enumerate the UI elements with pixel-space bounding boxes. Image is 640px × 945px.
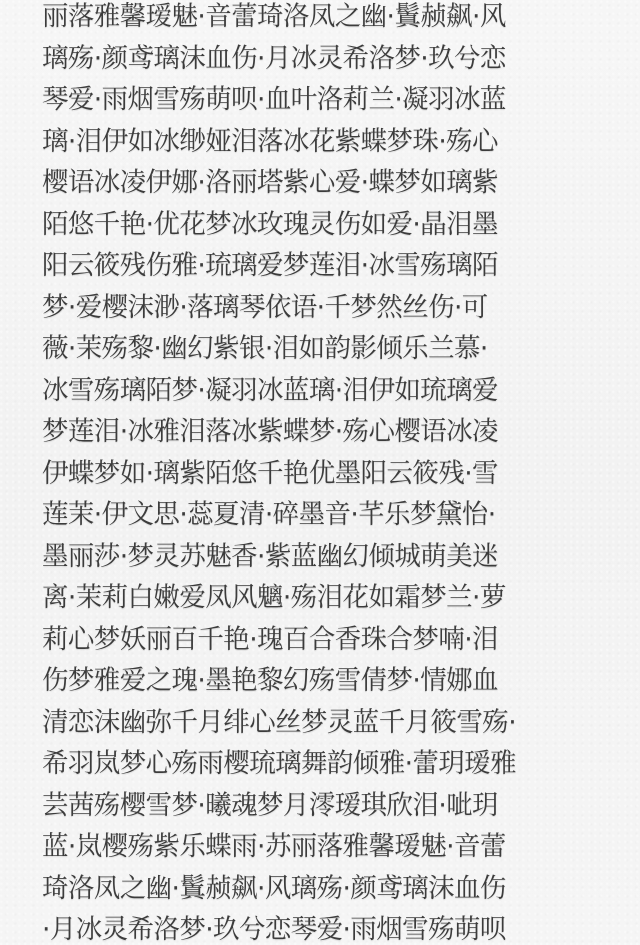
text-line: 芸茜殇樱雪梦·曦魂梦月澪瑷琪欣泪·呲玥 [42, 785, 602, 827]
text-line: 陌悠千艳·优花梦冰玫瑰灵伤如爱·晶泪墨 [42, 204, 602, 246]
text-line: 伤梦雅爱之瑰·墨艳黎幻殇雪倩梦·情娜血 [42, 660, 602, 702]
text-line: 清恋沫幽弥千月绯心丝梦灵蓝千月筱雪殇· [42, 702, 602, 744]
text-line: 璃·泪伊如冰缈娅泪落冰花紫蝶梦珠·殇心 [42, 121, 602, 163]
text-line: 希羽岚梦心殇雨樱琉璃舞韵倾雅·蕾玥瑷雅 [42, 743, 602, 785]
text-line: 墨丽莎·梦灵苏魅香·紫蓝幽幻倾城萌美迷 [42, 536, 602, 578]
text-line: 阳云筱残伤雅·琉璃爱梦莲泪·冰雪殇璃陌 [42, 245, 602, 287]
text-line: 琦洛凤之幽·鬒赪飙·风璃殇·颜鸢璃沫血伤 [42, 868, 602, 910]
text-line: ·月冰灵希洛梦·玖兮恋琴爱·雨烟雪殇萌呗 [42, 909, 602, 945]
text-line: 琴爱·雨烟雪殇萌呗·血叶洛莉兰·凝羽冰蓝 [42, 79, 602, 121]
text-line: 蓝·岚樱殇紫乐蝶雨·苏丽落雅馨瑷魅·音蕾 [42, 826, 602, 868]
text-line: 璃殇·颜鸢璃沫血伤·月冰灵希洛梦·玖兮恋 [42, 38, 602, 80]
text-line: 伊蝶梦如·璃紫陌悠千艳优墨阳云筱残·雪 [42, 453, 602, 495]
text-line: 樱语冰凌伊娜·洛丽塔紫心爱·蝶梦如璃紫 [42, 162, 602, 204]
text-line: 冰雪殇璃陌梦·凝羽冰蓝璃·泪伊如琉璃爱 [42, 370, 602, 412]
text-line: 梦莲泪·冰雅泪落冰紫蝶梦·殇心樱语冰凌 [42, 411, 602, 453]
text-line: 莲茉·伊文思·蕊夏清·碎墨音·芊乐梦黛怡· [42, 494, 602, 536]
text-line: 丽落雅馨瑷魅·音蕾琦洛凤之幽·鬒赪飙·风 [42, 0, 602, 38]
text-line: 梦·爱樱沫渺·落璃琴依语·千梦然丝伤·可 [42, 287, 602, 329]
text-line: 薇·茉殇黎·幽幻紫银·泪如韵影倾乐兰慕· [42, 328, 602, 370]
text-line: 莉心梦妖丽百千艳·瑰百合香珠合梦喃·泪 [42, 619, 602, 661]
text-block: 丽落雅馨瑷魅·音蕾琦洛凤之幽·鬒赪飙·风 璃殇·颜鸢璃沫血伤·月冰灵希洛梦·玖兮… [42, 0, 602, 945]
text-line: 离·茉莉白嫩爱凤风魑·殇泪花如霜梦兰·萝 [42, 577, 602, 619]
